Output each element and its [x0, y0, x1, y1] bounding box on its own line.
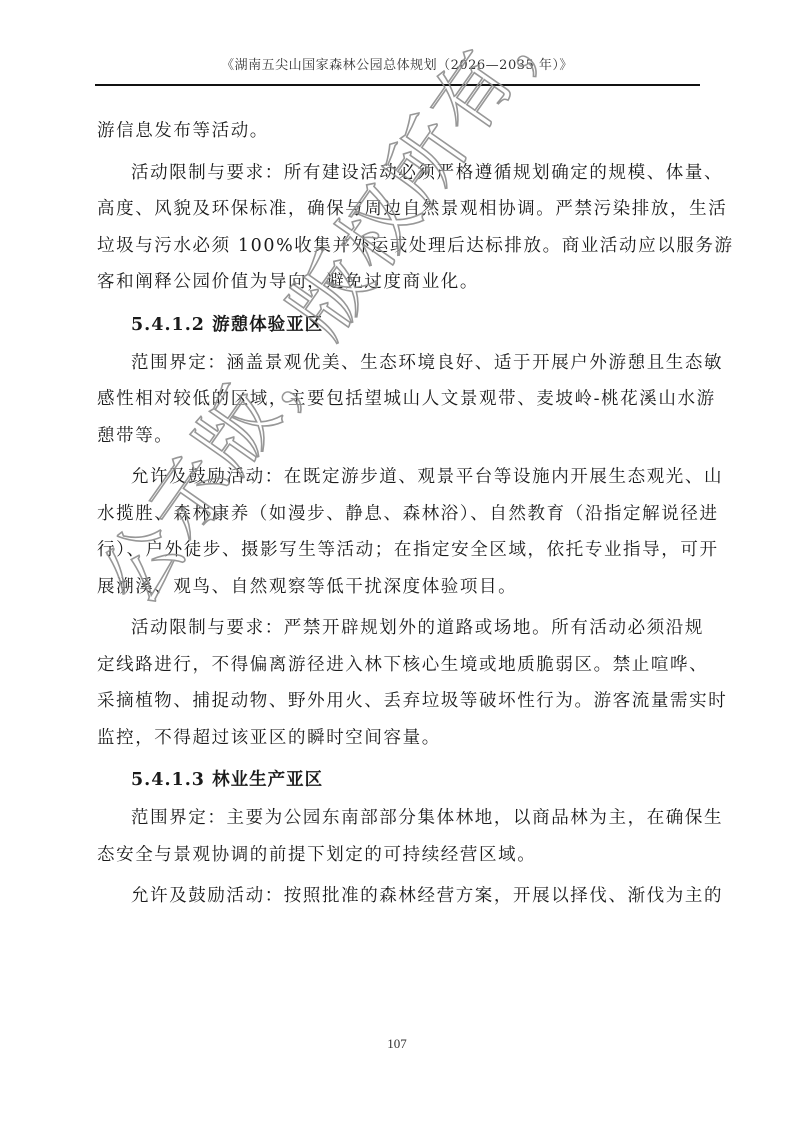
body-line: 行）、户外徒步、摄影写生等活动；在指定安全区域，依托专业指导，可开 — [97, 532, 703, 569]
body-line: 水揽胜、森林康养（如漫步、静息、森林浴）、自然教育（沿指定解说径进 — [97, 496, 703, 533]
section-heading-5-4-1-2: 5.4.1.2 游憩体验亚区 — [97, 305, 703, 345]
page-body: 游信息发布等活动。 活动限制与要求：所有建设活动必须严格遵循规划确定的规模、体量… — [97, 113, 703, 915]
header-divider — [95, 84, 700, 86]
paragraph-start: 活动限制与要求：严禁开辟规划外的道路或场地。所有活动必须沿规 — [97, 610, 703, 647]
body-line: 采摘植物、捕捉动物、野外用火、丢弃垃圾等破坏性行为。游客流量需实时 — [97, 683, 703, 720]
paragraph-start: 允许及鼓励活动：在既定游步道、观景平台等设施内开展生态观光、山 — [97, 459, 703, 496]
body-line: 高度、风貌及环保标准，确保与周边自然景观相协调。严禁污染排放，生活 — [97, 191, 703, 228]
body-line: 感性相对较低的区域，主要包括望城山人文景观带、麦坡岭-桃花溪山水游 — [97, 381, 703, 418]
section-heading-5-4-1-3: 5.4.1.3 林业生产亚区 — [97, 760, 703, 800]
body-line: 客和阐释公园价值为导向，避免过度商业化。 — [97, 264, 703, 301]
paragraph-start: 活动限制与要求：所有建设活动必须严格遵循规划确定的规模、体量、 — [97, 155, 703, 192]
body-line: 憩带等。 — [97, 418, 703, 455]
body-line: 游信息发布等活动。 — [97, 113, 703, 150]
body-line: 监控，不得超过该亚区的瞬时空间容量。 — [97, 720, 703, 757]
page-number: 107 — [0, 1036, 794, 1052]
running-header: 《湖南五尖山国家森林公园总体规划（2026—2035 年）》 — [0, 54, 794, 73]
paragraph-start: 范围界定：主要为公园东南部部分集体林地，以商品林为主，在确保生 — [97, 800, 703, 837]
body-line: 态安全与景观协调的前提下划定的可持续经营区域。 — [97, 837, 703, 874]
body-line: 垃圾与污水必须 100%收集并外运或处理后达标排放。商业活动应以服务游 — [97, 228, 703, 265]
paragraph-start: 允许及鼓励活动：按照批准的森林经营方案，开展以择伐、渐伐为主的 — [97, 878, 703, 915]
body-line: 定线路进行，不得偏离游径进入林下核心生境或地质脆弱区。禁止喧哗、 — [97, 647, 703, 684]
paragraph-start: 范围界定：涵盖景观优美、生态环境良好、适于开展户外游憩且生态敏 — [97, 345, 703, 382]
body-line: 展溯溪、观鸟、自然观察等低干扰深度体验项目。 — [97, 569, 703, 606]
